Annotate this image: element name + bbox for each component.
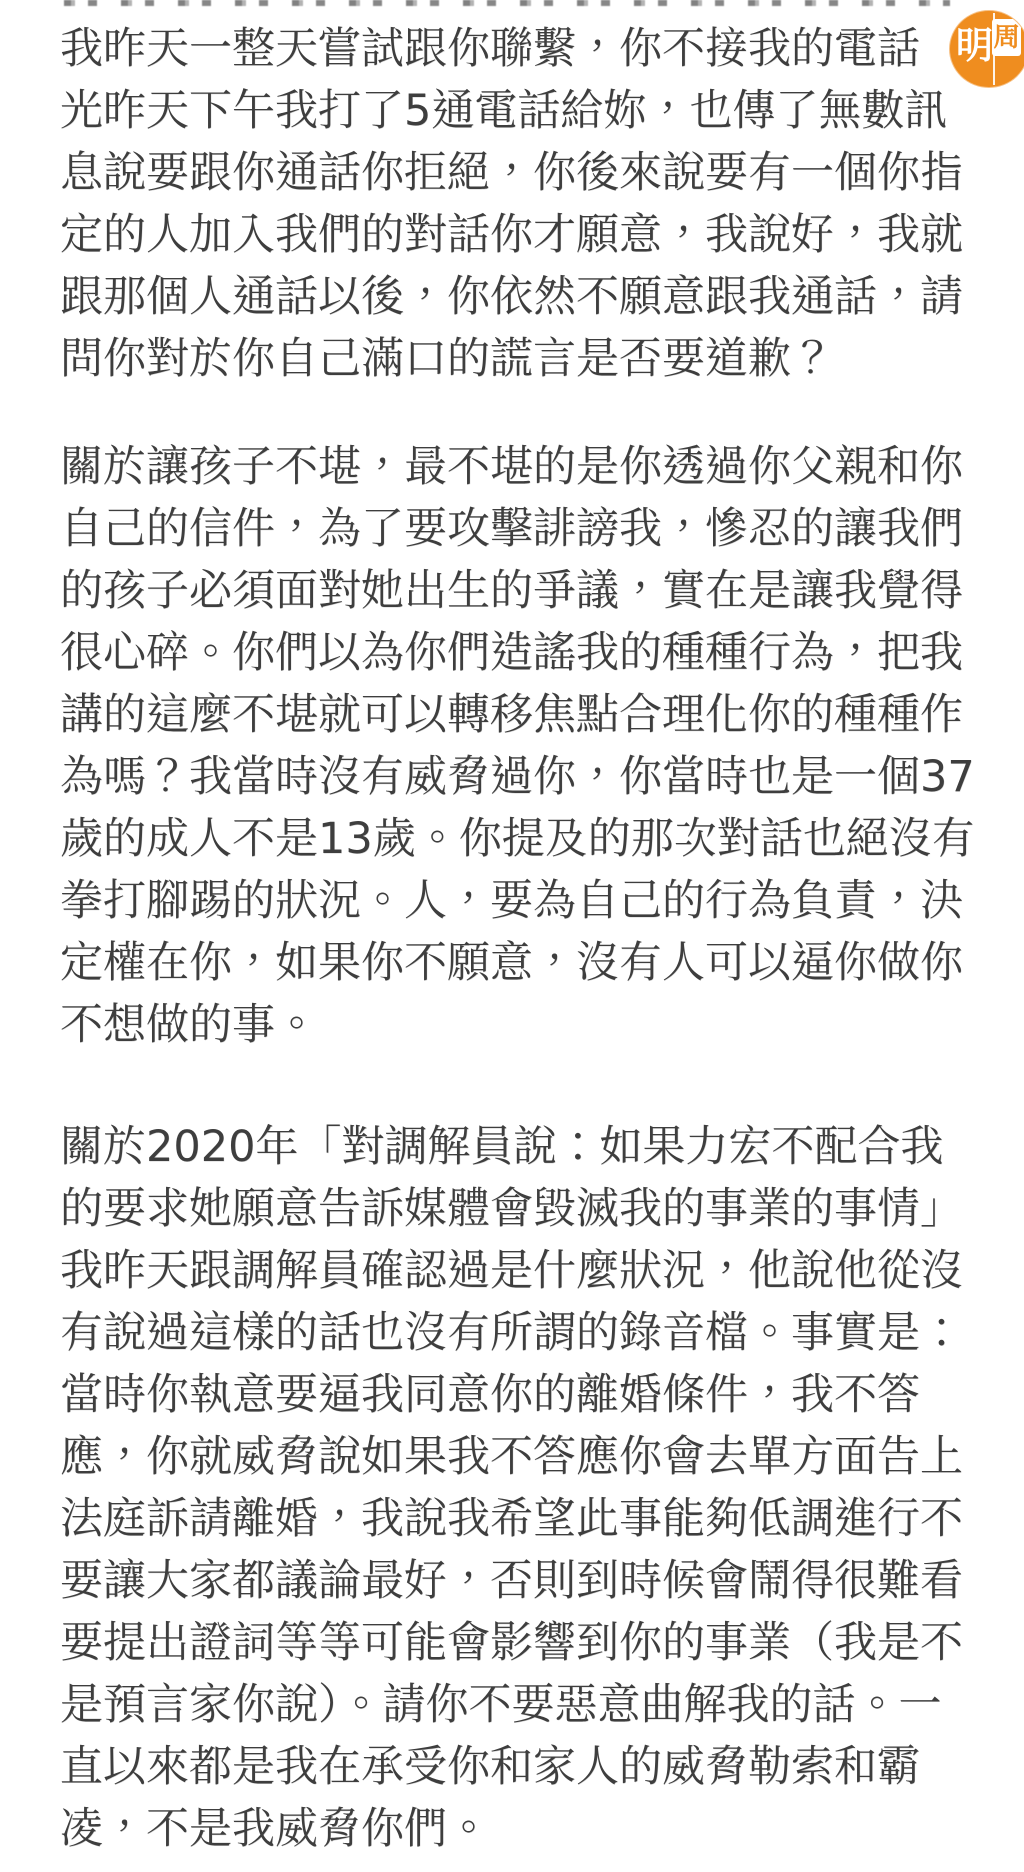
text-line: 自己的信件，為了要攻擊誹謗我，慘忍的讓我們: [60, 498, 966, 560]
clipped-text-fragment: [64, 0, 950, 6]
text-line: 當時你執意要逼我同意你的離婚條件，我不答: [60, 1364, 966, 1426]
logo-zhou-badge: 周: [992, 19, 1021, 56]
paragraph-phone-calls: 我昨天一整天嘗試跟你聯繫，你不接我的電話 光昨天下午我打了5通電話給妳，也傳了無…: [60, 18, 966, 390]
text-line: 歲的成人不是13歲。你提及的那次對話也絕沒有: [60, 808, 966, 870]
text-line: 我昨天跟調解員確認過是什麼狀況，他說他從沒: [60, 1240, 966, 1302]
logo-zhou-char: 周: [993, 25, 1019, 51]
text-line: 為嗎？我當時沒有威脅過你，你當時也是一個37: [60, 746, 966, 808]
text-line: 關於讓孩子不堪，最不堪的是你透過你父親和你: [60, 436, 966, 498]
text-line: 有說過這樣的話也沒有所謂的錄音檔。事實是：: [60, 1302, 966, 1364]
paragraph-mediator-2020: 關於2020年「對調解員說：如果力宏不配合我 的要求她願意告訴媒體會毀滅我的事業…: [60, 1116, 966, 1860]
text-line: 講的這麼不堪就可以轉移焦點合理化你的種種作: [60, 684, 966, 746]
text-line: 應，你就威脅說如果我不答應你會去單方面告上: [60, 1426, 966, 1488]
text-line: 的孩子必須面對她出生的爭議，實在是讓我覺得: [60, 560, 966, 622]
text-line: 定權在你，如果你不願意，沒有人可以逼你做你: [60, 932, 966, 994]
text-line: 我昨天一整天嘗試跟你聯繫，你不接我的電話: [60, 18, 966, 80]
text-line: 很心碎。你們以為你們造謠我的種種行為，把我: [60, 622, 966, 684]
text-line: 問你對於你自己滿口的謊言是否要道歉？: [60, 328, 966, 390]
statement-screenshot-page: 明 周 我昨天一整天嘗試跟你聯繫，你不接我的電話 光昨天下午我打了5通電話給妳，…: [0, 0, 1024, 1872]
text-line: 直以來都是我在承受你和家人的威脅勒索和霸: [60, 1736, 966, 1798]
text-line: 關於2020年「對調解員說：如果力宏不配合我: [60, 1116, 966, 1178]
statement-text: 我昨天一整天嘗試跟你聯繫，你不接我的電話 光昨天下午我打了5通電話給妳，也傳了無…: [60, 18, 966, 1860]
text-line: 要讓大家都議論最好，否則到時候會鬧得很難看: [60, 1550, 966, 1612]
text-line: 的要求她願意告訴媒體會毀滅我的事業的事情」: [60, 1178, 966, 1240]
text-line: 要提出證詞等等可能會影響到你的事業（我是不: [60, 1612, 966, 1674]
text-line: 跟那個人通話以後，你依然不願意跟我通話，請: [60, 266, 966, 328]
text-line: 凌，不是我威脅你們。: [60, 1798, 966, 1860]
text-line: 是預言家你說）。請你不要惡意曲解我的話。一: [60, 1674, 966, 1736]
text-line: 光昨天下午我打了5通電話給妳，也傳了無數訊: [60, 80, 966, 142]
paragraph-children: 關於讓孩子不堪，最不堪的是你透過你父親和你 自己的信件，為了要攻擊誹謗我，慘忍的…: [60, 436, 966, 1056]
text-line: 法庭訴請離婚，我說我希望此事能夠低調進行不: [60, 1488, 966, 1550]
text-line: 不想做的事。: [60, 994, 966, 1056]
text-line: 拳打腳踢的狀況。人，要為自己的行為負責，決: [60, 870, 966, 932]
text-line: 定的人加入我們的對話你才願意，我說好，我就: [60, 204, 966, 266]
text-line: 息說要跟你通話你拒絕，你後來說要有一個你指: [60, 142, 966, 204]
